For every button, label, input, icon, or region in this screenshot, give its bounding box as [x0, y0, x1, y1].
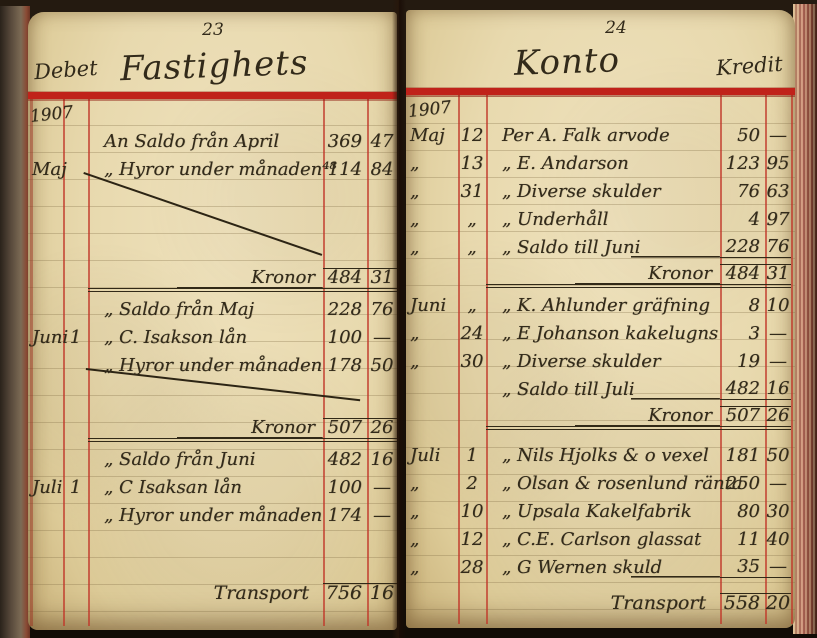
entry-kronor: 369	[323, 133, 367, 152]
ledger-rows-left: 1907An Saldo från April36947Maj„ Hyror u…	[28, 100, 397, 604]
entry-kronor: 507	[323, 418, 367, 442]
entry-description: Kronor	[486, 407, 720, 430]
entry-description: Kronor	[88, 419, 323, 442]
entry-kronor: 19	[720, 353, 765, 372]
entry-description: „ C. Isakson lån	[88, 329, 323, 348]
entry-month: „	[406, 155, 458, 174]
entry-ore: —	[765, 475, 791, 494]
blank-ruled-rows	[28, 180, 397, 262]
entry-ore: —	[765, 127, 791, 146]
entry-ore: 50	[765, 447, 791, 466]
ledger-page-right: 24 Konto Kredit 1907Maj12Per A. Falk arv…	[406, 10, 795, 628]
entry-kronor: 50	[720, 127, 765, 146]
entry-description: Transport	[486, 594, 720, 614]
entry-kronor: 228	[720, 238, 765, 258]
entry-description: „ Hyror under månaden⁴⁸	[88, 161, 323, 180]
entry-description: „ Underhåll	[486, 211, 720, 230]
ledger-rows-right: 1907Maj12Per A. Falk arvode50—„13„ E. An…	[406, 94, 795, 614]
ledger-row: Juni„„ K. Ahlunder gräfning810	[406, 288, 795, 316]
entry-day: 12	[458, 531, 486, 550]
ledger-row: An Saldo från April36947	[28, 124, 397, 152]
entry-kronor: 228	[323, 301, 367, 320]
entry-ore: 30	[765, 503, 791, 522]
ledger-row: „31„ Diverse skulder7663	[406, 174, 795, 202]
ledger-row: „13„ E. Andarson12395	[406, 146, 795, 174]
entry-day: 1	[458, 447, 486, 466]
entry-day: 28	[458, 559, 486, 578]
ledger-row: Kronor48431	[28, 262, 397, 292]
entry-month: Juni	[406, 297, 458, 316]
ledger-row: Maj„ Hyror under månaden⁴⁸11484	[28, 152, 397, 180]
entry-ore: 31	[765, 264, 791, 288]
ledger-row: „ Saldo från Maj22876	[28, 292, 397, 320]
blank-ruled-rows	[28, 526, 397, 572]
entry-ore: 97	[765, 211, 791, 230]
entry-kronor: 35	[720, 558, 765, 578]
entry-kronor: 174	[323, 507, 367, 526]
ledger-row: „28„ G Wernen skuld35—	[406, 550, 795, 578]
entry-ore: 10	[765, 297, 791, 316]
entry-month: „	[406, 503, 458, 522]
entry-description: „ E Johanson kakelugns	[486, 325, 720, 344]
entry-day: 1	[63, 479, 88, 498]
ledger-row: 1907	[406, 94, 795, 118]
entry-description: „ Upsala Kakelfabrik	[486, 503, 720, 522]
entry-ore: —	[765, 558, 791, 578]
debet-label: Debet	[33, 56, 98, 84]
entry-kronor: 11	[720, 531, 765, 550]
entry-description: „ Nils Hjolks & o vexel	[486, 447, 720, 466]
entry-kronor: 484	[720, 264, 765, 288]
entry-day: „	[458, 297, 486, 316]
entry-kronor: 80	[720, 503, 765, 522]
ledger-row: „10„ Upsala Kakelfabrik8030	[406, 494, 795, 522]
entry-kronor: 100	[323, 479, 367, 498]
entry-day: 12	[458, 127, 486, 146]
entry-kronor: 250	[720, 475, 765, 494]
blank-ruled-rows	[406, 430, 795, 438]
left-page-stack-edge	[0, 6, 30, 638]
entry-description: Transport	[88, 584, 323, 604]
ledger-book-photo: 23 Debet Fastighets 1907An Saldo från Ap…	[0, 0, 817, 638]
ledger-row: 1907	[28, 100, 397, 124]
ledger-row: Juli1„ Nils Hjolks & o vexel18150	[406, 438, 795, 466]
entry-day: „	[458, 211, 486, 230]
entry-month: Juni	[28, 329, 63, 348]
entry-description: An Saldo från April	[88, 133, 323, 152]
right-page-title: Konto	[513, 40, 620, 84]
ledger-row: „12„ C.E. Carlson glassat1140	[406, 522, 795, 550]
entry-description: „ Diverse skulder	[486, 353, 720, 372]
entry-kronor: 8	[720, 297, 765, 316]
entry-description: Kronor	[88, 269, 323, 292]
entry-description: Per A. Falk arvode	[486, 127, 720, 146]
entry-day: 13	[458, 155, 486, 174]
book-gutter	[392, 0, 406, 638]
entry-month: „	[406, 559, 458, 578]
entry-month: Juli	[406, 447, 458, 466]
entry-kronor: 507	[720, 406, 765, 430]
entry-kronor: 178	[323, 357, 367, 376]
ledger-row: „ Hyror under månaden17850	[28, 348, 397, 376]
ledger-row: „30„ Diverse skulder19—	[406, 344, 795, 372]
entry-day: 31	[458, 183, 486, 202]
ledger-row: Juli1„ C Isaksan lån100—	[28, 470, 397, 498]
entry-description: „ Saldo till Juli	[486, 381, 720, 400]
entry-description: „ Diverse skulder	[486, 183, 720, 202]
ledger-row: „ Hyror under månaden174—	[28, 498, 397, 526]
entry-description: „ E. Andarson	[486, 155, 720, 174]
ledger-row: Maj12Per A. Falk arvode50—	[406, 118, 795, 146]
entry-day: „	[458, 239, 486, 258]
page-number-right: 24	[586, 18, 646, 38]
entry-ore: 26	[765, 406, 791, 430]
entry-kronor: 3	[720, 325, 765, 344]
entry-ore: 95	[765, 155, 791, 174]
ledger-row: Transport55820	[406, 582, 795, 614]
entry-description: „ Hyror under månaden	[88, 507, 323, 526]
entry-month: „	[406, 211, 458, 230]
entry-description: „ C.E. Carlson glassat	[486, 531, 720, 550]
entry-ore: 40	[765, 531, 791, 550]
entry-description: „ K. Ahlunder gräfning	[486, 297, 720, 316]
ledger-row: „24„ E Johanson kakelugns3—	[406, 316, 795, 344]
entry-description: „ Saldo från Maj	[88, 301, 323, 320]
ledger-page-left: 23 Debet Fastighets 1907An Saldo från Ap…	[28, 12, 397, 630]
entry-kronor: 123	[720, 155, 765, 174]
entry-month: „	[406, 183, 458, 202]
kredit-label: Kredit	[715, 52, 783, 81]
ledger-row: „„„ Saldo till Juni22876	[406, 230, 795, 258]
entry-month: „	[406, 475, 458, 494]
entry-month: Maj	[28, 161, 63, 180]
entry-day: 1	[63, 329, 88, 348]
entry-kronor: 484	[323, 268, 367, 292]
entry-month: „	[406, 325, 458, 344]
ledger-row: „ Saldo från Juni48216	[28, 442, 397, 470]
entry-ore: 76	[765, 238, 791, 258]
entry-kronor: 76	[720, 183, 765, 202]
entry-day: 30	[458, 353, 486, 372]
entry-description: „ C Isaksan lån	[88, 479, 323, 498]
entry-ore: 20	[765, 593, 791, 614]
entry-month: Maj	[406, 127, 458, 146]
entry-description: „ G Wernen skuld	[486, 559, 720, 578]
page-number-left: 23	[183, 20, 243, 40]
entry-ore: —	[765, 325, 791, 344]
entry-kronor: 482	[720, 380, 765, 400]
entry-kronor: 558	[720, 593, 765, 614]
entry-day: 2	[458, 475, 486, 494]
entry-month: „	[406, 353, 458, 372]
entry-day: 24	[458, 325, 486, 344]
ledger-row: Juni1„ C. Isakson lån100—	[28, 320, 397, 348]
entry-month: „	[406, 531, 458, 550]
left-page-title: Fastighets	[119, 43, 309, 90]
entry-month: Juli	[28, 479, 63, 498]
ledger-row: Kronor48431	[406, 258, 795, 288]
ledger-row: „„„ Underhåll497	[406, 202, 795, 230]
entry-month: „	[406, 239, 458, 258]
entry-description: „ Saldo till Juni	[486, 239, 720, 258]
entry-kronor: 100	[323, 329, 367, 348]
ledger-row: Transport75616	[28, 572, 397, 604]
entry-ore: 63	[765, 183, 791, 202]
right-page-stack-edge	[793, 4, 817, 634]
entry-day: 10	[458, 503, 486, 522]
entry-description: Kronor	[486, 265, 720, 288]
entry-description: „ Olsan & rosenlund ränta	[486, 475, 720, 494]
ledger-row: „ Saldo till Juli48216	[406, 372, 795, 400]
entry-kronor: 756	[323, 583, 367, 604]
ledger-row: Kronor50726	[28, 412, 397, 442]
entry-ore: 16	[765, 380, 791, 400]
entry-kronor: 181	[720, 447, 765, 466]
red-rule-band	[28, 92, 397, 99]
blank-ruled-rows	[28, 376, 397, 412]
entry-ore: —	[765, 353, 791, 372]
entry-description: „ Saldo från Juni	[88, 451, 323, 470]
ledger-row: Kronor50726	[406, 400, 795, 430]
entry-description: „ Hyror under månaden	[88, 357, 323, 376]
ledger-row: „2„ Olsan & rosenlund ränta250—	[406, 466, 795, 494]
entry-kronor: 114	[323, 161, 367, 180]
entry-kronor: 482	[323, 451, 367, 470]
entry-kronor: 4	[720, 211, 765, 230]
